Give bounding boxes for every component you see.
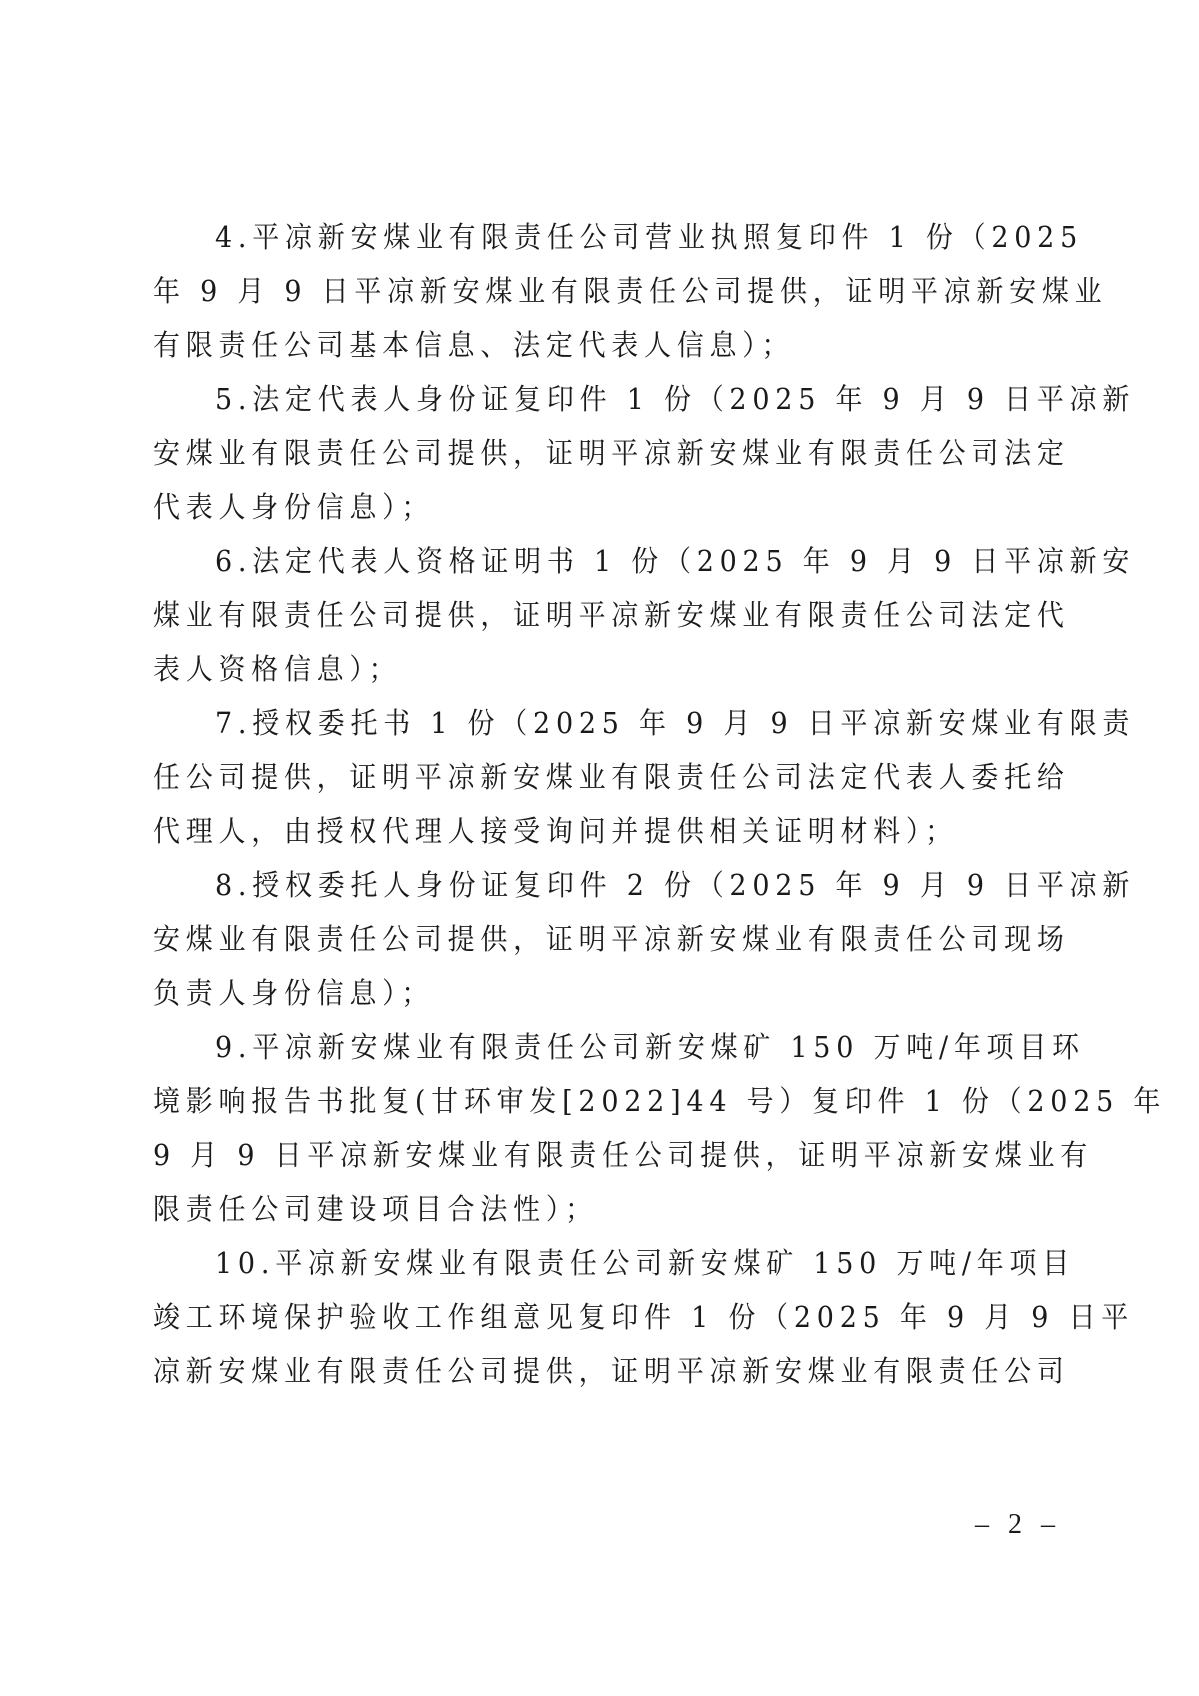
item-7-line-1: 7.授权委托书 1 份（2025 年 9 月 9 日平凉新安煤业有限责 [215,706,1135,740]
item-10-line-3: 凉新安煤业有限责任公司提供，证明平凉新安煤业有限责任公司 [153,1354,1070,1388]
item-8-line-3: 负责人身份信息）； [153,976,434,1010]
item-9-line-4: 限责任公司建设项目合法性）； [153,1192,598,1226]
item-5-line-2: 安煤业有限责任公司提供，证明平凉新安煤业有限责任公司法定 [153,436,1070,470]
item-5-line-3: 代表人身份信息）； [153,490,434,524]
item-7-line-3: 代理人，由授权代理人接受询问并提供相关证明材料）； [153,814,958,848]
item-9-line-2: 境影响报告书批复(甘环审发[2022]44 号）复印件 1 份（2025 年 [153,1084,1166,1118]
item-4-line-3: 有限责任公司基本信息、法定代表人信息）； [153,328,794,362]
item-4-line-2: 年 9 月 9 日平凉新安煤业有限责任公司提供，证明平凉新安煤业 [153,274,1107,308]
item-4-line-1: 4.平凉新安煤业有限责任公司营业执照复印件 1 份（2025 [215,220,1083,254]
item-10-line-1: 10.平凉新安煤业有限责任公司新安煤矿 150 万吨/年项目 [215,1246,1075,1280]
item-6-line-1: 6.法定代表人资格证明书 1 份（2025 年 9 月 9 日平凉新安 [215,544,1135,578]
item-9-line-3: 9 月 9 日平凉新安煤业有限责任公司提供，证明平凉新安煤业有 [153,1138,1093,1172]
item-10-line-2: 竣工环境保护验收工作组意见复印件 1 份（2025 年 9 月 9 日平 [153,1300,1134,1334]
item-6-line-2: 煤业有限责任公司提供，证明平凉新安煤业有限责任公司法定代 [153,598,1070,632]
item-9-line-1: 9.平凉新安煤业有限责任公司新安煤矿 150 万吨/年项目环 [215,1030,1085,1064]
item-8-line-1: 8.授权委托人身份证复印件 2 份（2025 年 9 月 9 日平凉新 [215,868,1135,902]
item-7-line-2: 任公司提供，证明平凉新安煤业有限责任公司法定代表人委托给 [153,760,1070,794]
item-5-line-1: 5.法定代表人身份证复印件 1 份（2025 年 9 月 9 日平凉新 [215,382,1135,416]
document-page: 4.平凉新安煤业有限责任公司营业执照复印件 1 份（2025 年 9 月 9 日… [0,0,1199,1696]
item-6-line-3: 表人资格信息）； [153,652,401,686]
item-8-line-2: 安煤业有限责任公司提供，证明平凉新安煤业有限责任公司现场 [153,922,1070,956]
page-number: – 2 – [975,1508,1061,1542]
